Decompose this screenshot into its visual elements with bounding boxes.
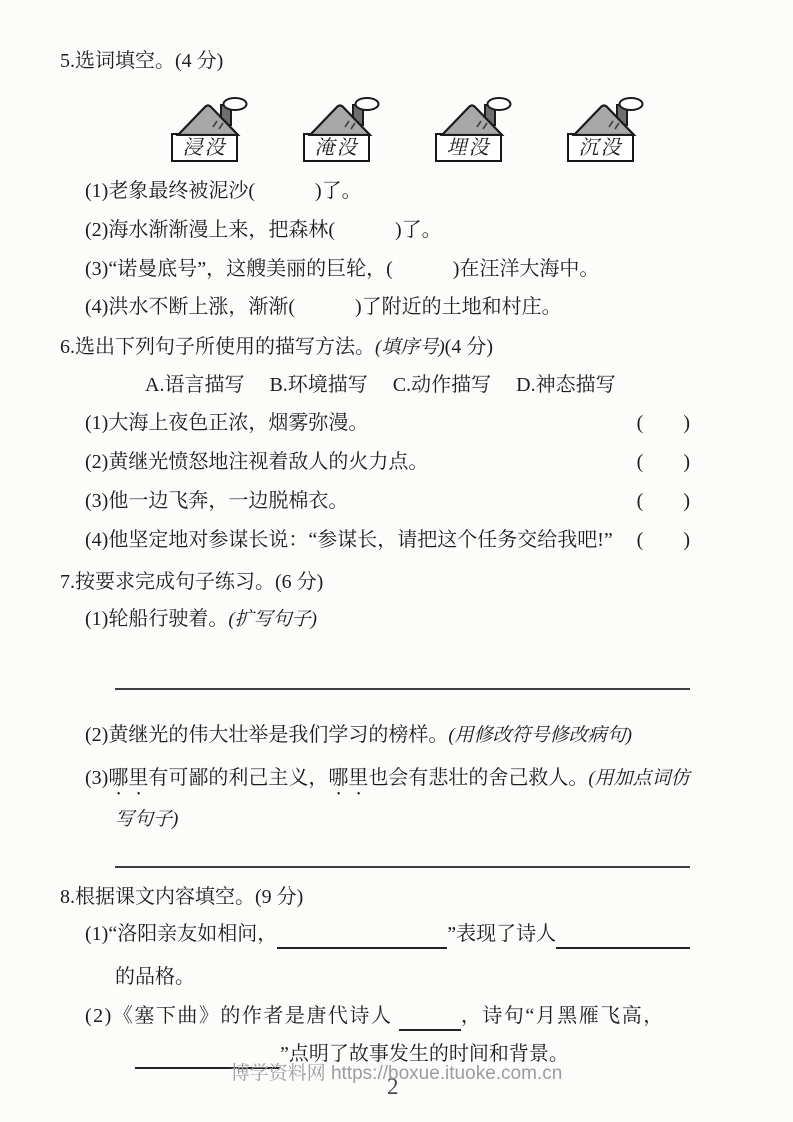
q8-item-text: ”表现了诗人 <box>447 919 556 949</box>
answer-line <box>115 866 690 868</box>
q8-heading-score: (9 分) <box>255 886 303 908</box>
word-card-label-box: 沉没 <box>567 133 634 162</box>
answer-parens: ( ) <box>637 408 690 438</box>
fill-blank <box>556 919 690 949</box>
house-roof-icon <box>570 96 648 136</box>
smoke-icon <box>488 98 511 110</box>
q8-heading: 8.根据课文内容填空。(9 分) <box>60 882 690 912</box>
q6-item-text: (2)黄继光愤怒地注视着敌人的火力点。 <box>85 447 428 477</box>
q8-item-text: ，诗句“月黑雁飞高， <box>461 1005 665 1027</box>
q5-item-3: (3)“诺曼底号”，这艘美丽的巨轮，( )在汪洋大海中。 <box>60 254 690 284</box>
q6-item-text: (4)他坚定地对参谋长说：“参谋长，请把这个任务交给我吧!” <box>85 525 613 555</box>
q6-item-4: (4)他坚定地对参谋长说：“参谋长，请把这个任务交给我吧!” ( ) <box>60 525 690 555</box>
q7-item-3: (3)哪里有可鄙的利己主义，哪里也会有悲壮的舍己救人。(用加点词仿写句子) <box>60 759 690 839</box>
q6-heading-note: (填序号) <box>375 337 445 358</box>
q5-item-1: (1)老象最终被泥沙( )了。 <box>60 176 690 206</box>
house-roof-icon <box>306 96 384 136</box>
q6-heading-score: (4 分) <box>445 336 493 358</box>
q8-item-1-line-1: (1)“洛阳亲友如相问，”表现了诗人 <box>60 919 690 949</box>
answer-parens: ( ) <box>637 525 690 555</box>
smoke-icon <box>356 98 379 110</box>
emphasized-word: 哪里 <box>108 767 148 789</box>
word-card-label-box: 淹没 <box>303 133 370 162</box>
emphasized-word: 哪里 <box>328 767 368 789</box>
word-card-label: 浸没 <box>183 133 227 163</box>
word-card-label: 沉没 <box>579 133 623 163</box>
q8-item-2-line-1: (2)《塞下曲》的作者是唐代诗人 ，诗句“月黑雁飞高， <box>60 1001 690 1031</box>
q7-item-1: (1)轮船行驶着。(扩写句子) <box>60 604 690 635</box>
word-cards-row: 浸没 淹没 <box>171 96 690 162</box>
fill-blank <box>277 919 447 949</box>
q7-heading: 7.按要求完成句子练习。(6 分) <box>60 567 690 597</box>
word-card: 沉没 <box>567 96 643 162</box>
word-card: 埋没 <box>435 96 511 162</box>
answer-parens: ( ) <box>637 486 690 516</box>
q7-item-prefix: (3) <box>85 767 108 789</box>
house-roof-icon <box>174 96 252 136</box>
exam-page: 5.选词填空。(4 分) 浸没 <box>0 0 793 1122</box>
q8-heading-text: 8.根据课文内容填空。 <box>60 886 255 908</box>
answer-parens: ( ) <box>637 447 690 477</box>
q6-item-1: (1)大海上夜色正浓，烟雾弥漫。 ( ) <box>60 408 690 438</box>
q7-item-note: (扩写句子) <box>228 609 317 630</box>
q6-item-3: (3)他一边飞奔，一边脱棉衣。 ( ) <box>60 486 690 516</box>
q7-item-text: (1)轮船行驶着。 <box>85 608 228 630</box>
q7-item-text: 也会有悲壮的舍己救人。 <box>368 767 588 789</box>
q8-item-1-line-2: 的品格。 <box>115 962 690 992</box>
fill-blank <box>399 1001 461 1031</box>
word-card-label: 埋没 <box>447 133 491 163</box>
q6-heading: 6.选出下列句子所使用的描写方法。(填序号)(4 分) <box>60 332 690 363</box>
q7-item-text: 有可鄙的利己主义， <box>148 767 328 789</box>
q5-item-4: (4)洪水不断上涨，渐渐( )了附近的土地和村庄。 <box>60 292 690 322</box>
q7-item-2: (2)黄继光的伟大壮举是我们学习的榜样。(用修改符号修改病句) <box>60 720 690 751</box>
q7-heading-text: 7.按要求完成句子练习。 <box>60 571 275 593</box>
answer-line <box>115 688 690 690</box>
q6-options: A.语言描写 B.环境描写 C.动作描写 D.神态描写 <box>60 370 690 400</box>
word-card-label-box: 浸没 <box>171 133 238 162</box>
q5-heading: 5.选词填空。(4 分) <box>60 46 690 76</box>
q7-heading-score: (6 分) <box>275 571 323 593</box>
word-card-label: 淹没 <box>315 133 359 163</box>
house-roof-icon <box>438 96 516 136</box>
q7-item-note: (用修改符号修改病句) <box>448 725 632 746</box>
q8-item-text: (2)《塞下曲》的作者是唐代诗人 <box>85 1005 399 1027</box>
q6-item-2: (2)黄继光愤怒地注视着敌人的火力点。 ( ) <box>60 447 690 477</box>
word-card-label-box: 埋没 <box>435 133 502 162</box>
q7-item-text: (2)黄继光的伟大壮举是我们学习的榜样。 <box>85 724 448 746</box>
q6-item-text: (3)他一边飞奔，一边脱棉衣。 <box>85 486 348 516</box>
q5-item-2: (2)海水渐渐漫上来，把森林( )了。 <box>60 215 690 245</box>
word-card: 浸没 <box>171 96 247 162</box>
exam-content: 5.选词填空。(4 分) 浸没 <box>0 0 793 1069</box>
smoke-icon <box>620 98 643 110</box>
q6-heading-text: 6.选出下列句子所使用的描写方法。 <box>60 336 375 358</box>
q6-item-text: (1)大海上夜色正浓，烟雾弥漫。 <box>85 408 368 438</box>
word-card: 淹没 <box>303 96 379 162</box>
watermark-text: 博学资料网 https://boxue.ituoke.com.cn <box>0 1062 793 1086</box>
smoke-icon <box>224 98 247 110</box>
q8-item-text: (1)“洛阳亲友如相问， <box>85 919 277 949</box>
